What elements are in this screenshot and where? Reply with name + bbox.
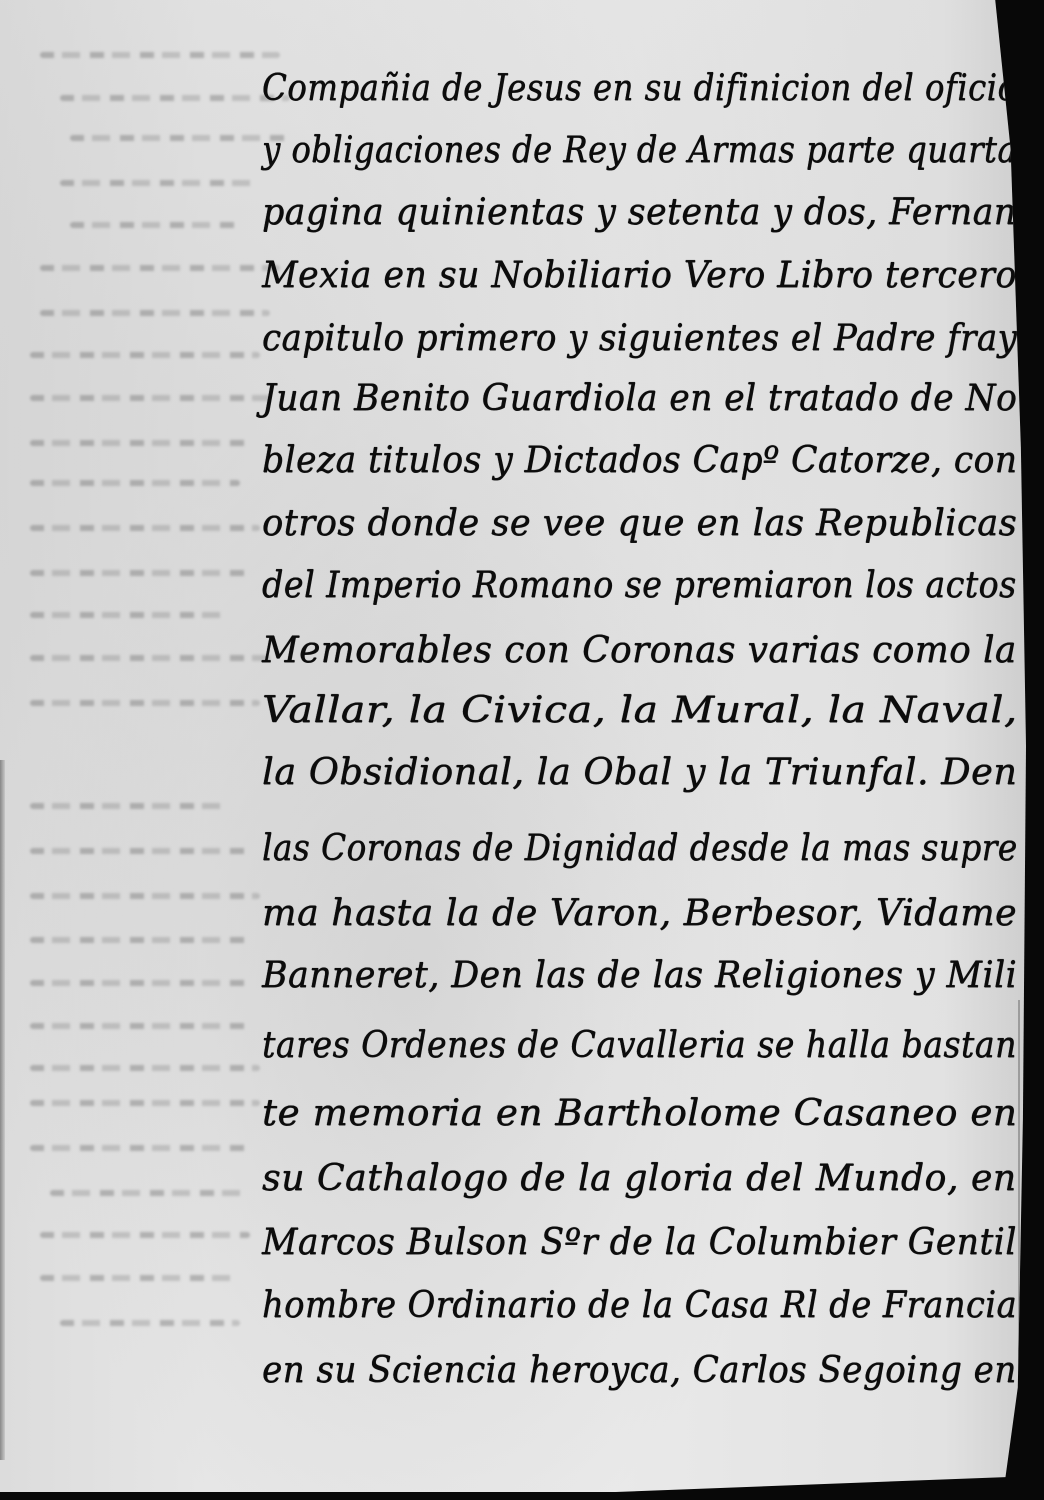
bleed-mark [30, 352, 260, 358]
bleed-mark [70, 135, 290, 141]
bleed-mark [60, 180, 260, 186]
manuscript-line: Marcos Bulson Sºr de la Columbier Gentil [262, 1222, 1017, 1263]
manuscript-line: Juan Benito Guardiola en el tratado de N… [262, 378, 1017, 419]
bleed-mark [50, 1190, 250, 1196]
bleed-mark [30, 1100, 260, 1106]
bleed-mark [30, 803, 230, 809]
manuscript-line: Compañia de Jesus en su difinicion del o… [262, 68, 1017, 109]
manuscript-page: Compañia de Jesus en su difinicion del o… [0, 0, 1026, 1492]
manuscript-line: tares Ordenes de Cavalleria se halla bas… [262, 1025, 1017, 1066]
bleed-mark [30, 395, 270, 401]
manuscript-line: capitulo primero y siguientes el Padre f… [262, 318, 1017, 359]
bleed-mark [60, 95, 290, 101]
manuscript-line: Banneret, Den las de las Religiones y Mi… [262, 955, 1017, 996]
manuscript-line: del Imperio Romano se premiaron los acto… [262, 565, 1017, 606]
bleed-mark [30, 700, 260, 706]
bleed-mark [30, 655, 270, 661]
manuscript-line: Memorables con Coronas varias como la [262, 630, 1017, 671]
manuscript-line: la Obsidional, la Obal y la Triunfal. De… [262, 752, 1017, 793]
bleed-mark [30, 1065, 260, 1071]
bleed-mark [30, 480, 240, 486]
manuscript-line: Vallar, la Civica, la Mural, la Naval, [262, 690, 1018, 731]
manuscript-line: y obligaciones de Rey de Armas parte qua… [262, 130, 1017, 171]
bleed-mark [30, 570, 250, 576]
bleed-mark [30, 848, 250, 854]
manuscript-line: su Cathalogo de la gloria del Mundo, en [262, 1158, 1017, 1199]
manuscript-line: te memoria en Bartholome Casaneo en [262, 1093, 1017, 1134]
bleed-mark [40, 310, 270, 316]
bleed-mark [30, 1145, 250, 1151]
manuscript-line: otros donde se vee que en las Republicas [262, 503, 1017, 544]
binding-edge [0, 760, 5, 1460]
bleed-mark [40, 52, 280, 58]
bleed-mark [30, 937, 250, 943]
bleed-mark [30, 980, 250, 986]
bleed-mark [40, 265, 280, 271]
manuscript-line: las Coronas de Dignidad desde la mas sup… [262, 828, 1018, 869]
bleed-mark [30, 525, 260, 531]
manuscript-line: pagina quinientas y setenta y dos, Ferna… [262, 192, 1017, 233]
manuscript-line: Mexia en su Nobiliario Vero Libro tercer… [262, 255, 1017, 296]
bleed-mark [30, 1023, 250, 1029]
bleed-mark [60, 1320, 240, 1326]
manuscript-line: en su Sciencia heroyca, Carlos Segoing e… [262, 1350, 1017, 1391]
bleed-mark [70, 222, 240, 228]
bleed-mark [30, 893, 260, 899]
manuscript-line: bleza titulos y Dictados Capº Catorze, c… [262, 440, 1017, 481]
bleed-mark [40, 1232, 250, 1238]
bleed-mark [30, 612, 230, 618]
manuscript-line: hombre Ordinario de la Casa Rl de Franci… [262, 1285, 1017, 1326]
manuscript-line: ma hasta la de Varon, Berbesor, Vidame [262, 893, 1017, 934]
bleed-mark [30, 440, 250, 446]
bleed-mark [40, 1275, 240, 1281]
